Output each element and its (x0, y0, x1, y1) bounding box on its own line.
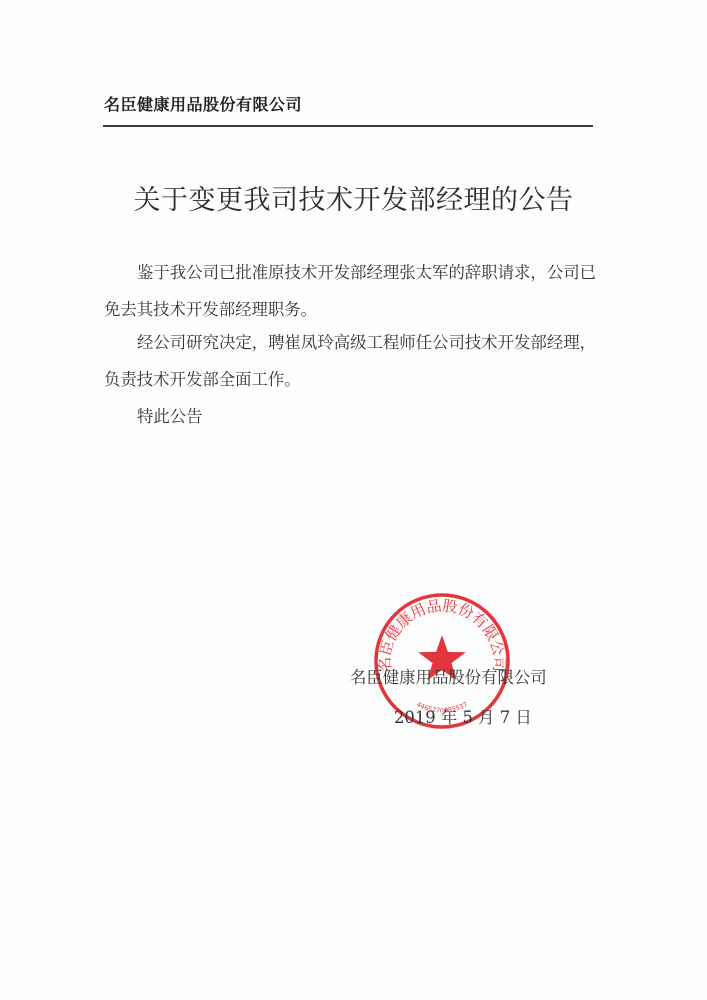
paragraph-resignation: 鉴于我公司已批准原技术开发部经理张太军的辞职请求，公司已免去其技术开发部经理职务… (104, 254, 596, 328)
document-page: 名臣健康用品股份有限公司 关于变更我司技术开发部经理的公告 鉴于我公司已批准原技… (0, 0, 707, 1000)
signature-company: 名臣健康用品股份有限公司 (350, 664, 547, 688)
signature-date: 2019 年 5 月 7 日 (394, 704, 532, 728)
document-title: 关于变更我司技术开发部经理的公告 (0, 178, 707, 217)
letterhead-company-name: 名臣健康用品股份有限公司 (104, 92, 302, 115)
paragraph-appointment: 经公司研究决定，聘崔凤玲高级工程师任公司技术开发部经理，负责技术开发部全面工作。 (104, 324, 596, 398)
paragraph-closing: 特此公告 (104, 398, 596, 435)
header-divider (103, 125, 593, 127)
